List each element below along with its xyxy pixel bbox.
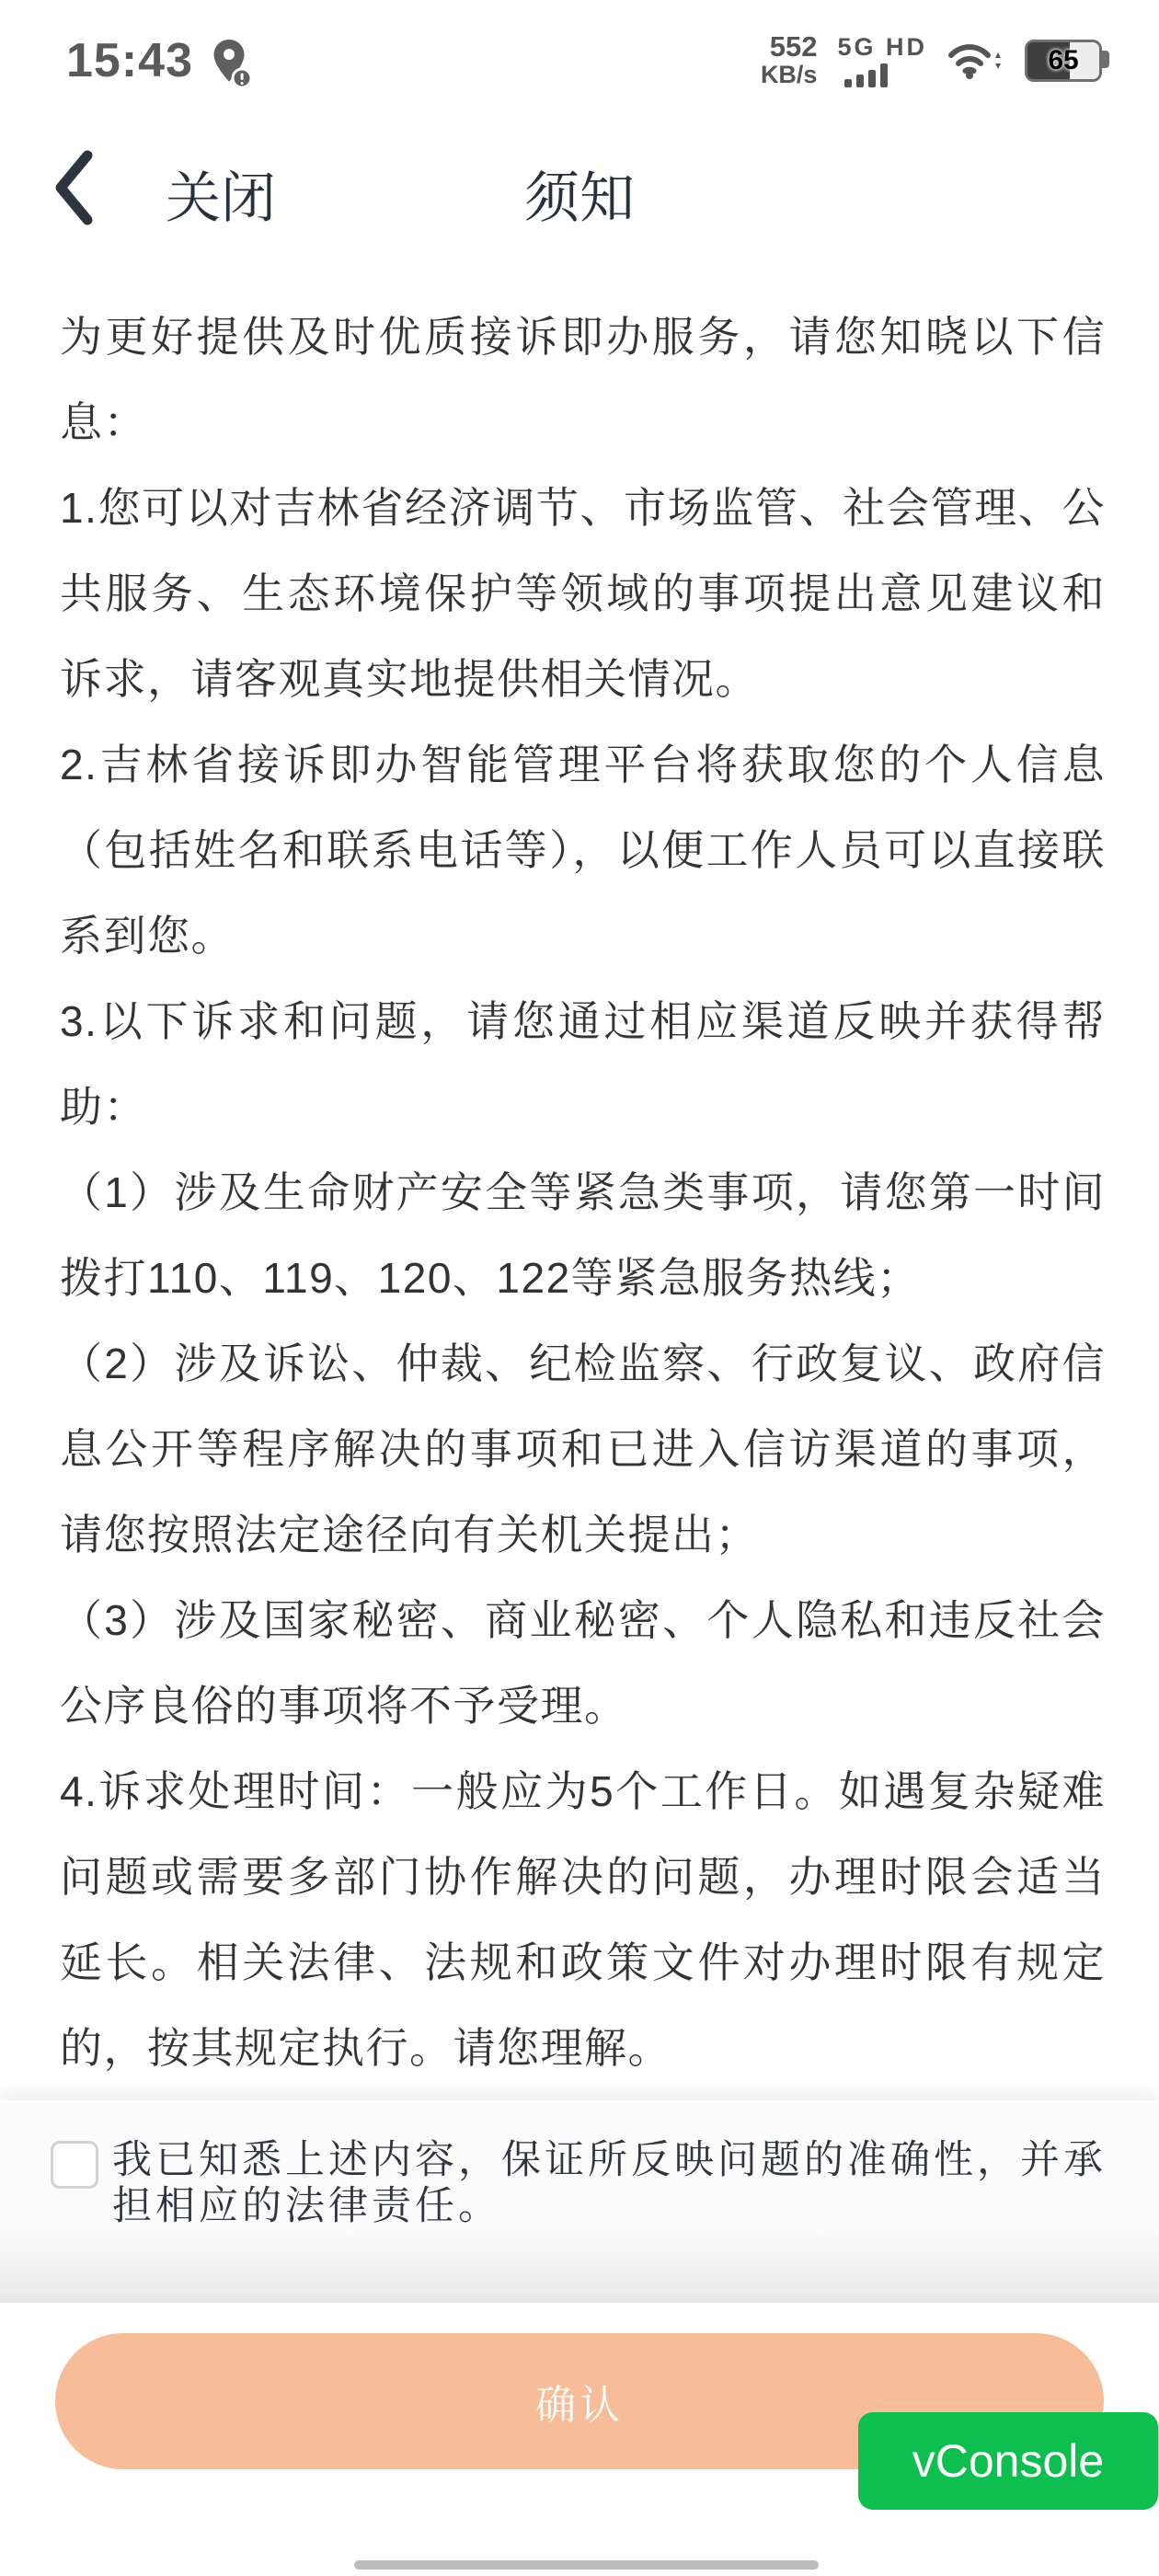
wifi-icon: [947, 41, 1004, 80]
network-type-label: 5G HD: [837, 35, 927, 60]
location-pin-icon: [212, 38, 252, 94]
notice-paragraph: 4.诉求处理时间：一般应为5个工作日。如遇复杂疑难问题或需要多部门协作解决的问题…: [60, 1749, 1106, 2091]
network-speed-unit: KB/s: [761, 61, 818, 88]
agreement-row[interactable]: 我已知悉上述内容，保证所反映问题的准确性，并承担相应的法律责任。: [0, 2100, 1159, 2231]
nav-bar: 关闭 须知: [0, 136, 1159, 239]
network-speed-value: 552: [761, 33, 818, 61]
signal-bar: [880, 63, 888, 87]
battery-icon: 65: [1025, 40, 1102, 82]
agreement-checkbox[interactable]: [51, 2141, 98, 2189]
section-divider: [0, 2231, 1159, 2303]
signal-bars-icon: [844, 63, 888, 87]
notice-scroll-area[interactable]: 为更好提供及时优质接诉即办服务，请您知晓以下信息： 1.您可以对吉林省经济调节、…: [60, 241, 1106, 2100]
signal-bar: [844, 79, 852, 87]
agreement-label: 我已知悉上述内容，保证所反映问题的准确性，并承担相应的法律责任。: [112, 2137, 1122, 2229]
page-title: 须知: [0, 155, 1159, 234]
home-indicator[interactable]: [354, 2560, 819, 2570]
network-speed: 552 KB/s: [761, 33, 818, 88]
notice-paragraph: （1）涉及生命财产安全等紧急类事项，请您第一时间拨打110、119、120、12…: [60, 1150, 1106, 1321]
cellular-status: 5G HD: [837, 35, 927, 87]
battery-nub: [1102, 51, 1109, 68]
status-time: 15:43: [66, 33, 193, 88]
battery-percent: 65: [1048, 45, 1078, 76]
notice-paragraph: （2）涉及诉讼、仲裁、纪检监察、行政复议、政府信息公开等程序解决的事项和已进入信…: [60, 1321, 1106, 1578]
notice-paragraph: 1.您可以对吉林省经济调节、市场监管、社会管理、公共服务、生态环境保护等领域的事…: [60, 466, 1106, 722]
notice-paragraph: （3）涉及国家秘密、商业秘密、个人隐私和违反社会公序良俗的事项将不予受理。: [60, 1578, 1106, 1749]
notice-paragraph: 2.吉林省接诉即办智能管理平台将获取您的个人信息（包括姓名和联系电话等），以便工…: [60, 722, 1106, 979]
status-bar: 15:43 552 KB/s 5G HD: [0, 0, 1159, 109]
bottom-action-bar: 确认 vConsole: [0, 2303, 1159, 2576]
signal-bar: [868, 70, 876, 87]
vconsole-button[interactable]: vConsole: [858, 2412, 1158, 2510]
signal-bar: [856, 75, 864, 87]
status-indicators: 552 KB/s 5G HD 65: [761, 33, 1102, 88]
notice-paragraph: 为更好提供及时优质接诉即办服务，请您知晓以下信息：: [60, 294, 1106, 466]
notice-paragraph: 3.以下诉求和问题，请您通过相应渠道反映并获得帮助：: [60, 979, 1106, 1150]
